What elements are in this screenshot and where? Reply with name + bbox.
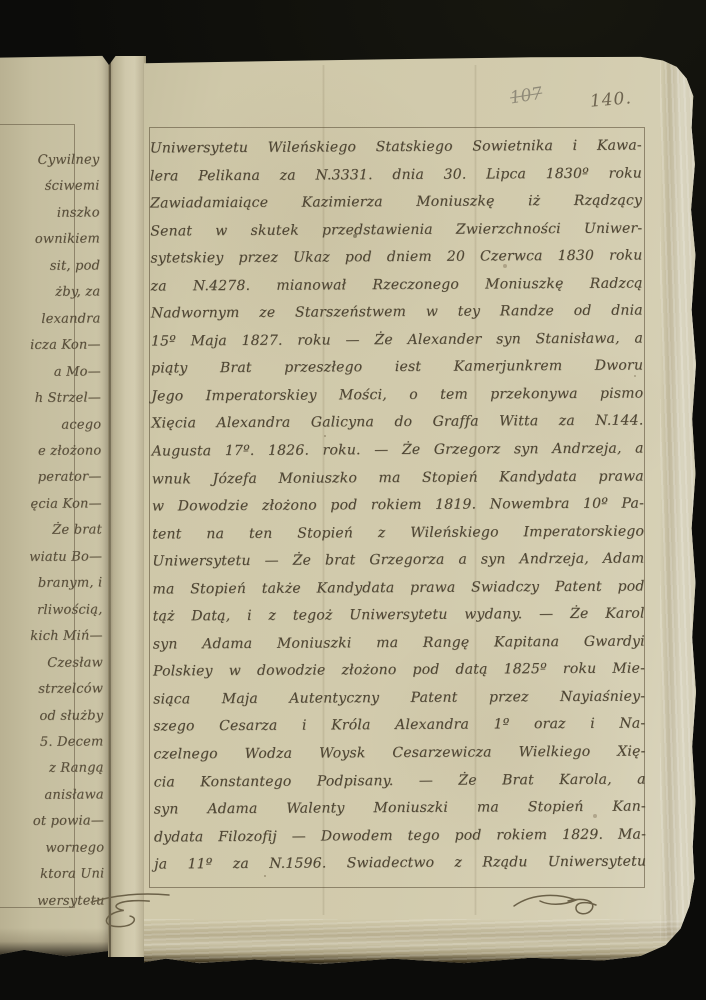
- left-page-line-fragment: sit, pod: [0, 253, 100, 281]
- left-page-line-fragment: żby, za: [0, 280, 100, 308]
- manuscript-line: sytetskiey przez Ukaz pod dniem 20 Czerw…: [150, 243, 642, 274]
- left-page-line-fragment: h Strzel—: [0, 385, 101, 413]
- manuscript-line: w Dowodzie złożono pod rokiem 1819. Nowe…: [152, 491, 644, 522]
- manuscript-line: Uniwersytetu — Że brat Grzegorza a syn A…: [152, 546, 644, 577]
- left-page-line-fragment: Czesław: [0, 650, 103, 678]
- manuscript-line: szego Cesarza i Króla Alexandra 1º oraz …: [153, 711, 645, 742]
- manuscript-line: cia Konstantego Podpisany. — Że Brat Kar…: [154, 766, 646, 797]
- left-page-text-fragments: Cywilneyściwemiinszkoownikiemsit, podżby…: [0, 147, 105, 915]
- left-page-line-fragment: anisława: [0, 782, 104, 810]
- page-number-ink: 140.: [589, 88, 632, 112]
- page-fore-edge: [660, 55, 696, 965]
- manuscript-line: Xięcia Alexandra Galicyna do Graffa Witt…: [151, 408, 643, 439]
- manuscript-line: piąty Brat przeszłego iest Kamerjunkrem …: [151, 353, 643, 384]
- left-page-line-fragment: z Rangą: [0, 756, 104, 784]
- manuscript-line: Augusta 17º. 1826. roku. — Że Grzegorz s…: [152, 436, 644, 467]
- manuscript-line: tent na ten Stopień z Wileńskiego Impera…: [152, 518, 644, 549]
- left-page-line-fragment: 5. Decem: [0, 729, 104, 757]
- left-page-line-fragment: icza Kon—: [0, 333, 101, 361]
- manuscript-line: za N.4278. mianował Rzeczonego Moniuszkę…: [151, 270, 643, 301]
- left-page-line-fragment: lexandra: [0, 306, 101, 334]
- left-page-line-fragment: ściwemi: [0, 174, 100, 202]
- manuscript-line: Senat w skutek przedstawienia Zwierzchno…: [150, 215, 642, 246]
- left-page-line-fragment: kich Miń—: [0, 624, 103, 652]
- manuscript-line: Zawiadamiaiące Kazimierza Moniuszkę iż R…: [150, 188, 642, 219]
- left-page-line-fragment: branym, i: [0, 571, 102, 599]
- left-page-line-fragment: ownikiem: [0, 227, 100, 255]
- manuscript-text-block: Uniwersytetu Wileńskiego Statskiego Sowi…: [150, 133, 647, 880]
- manuscript-line: Polskiey w dowodzie złożono pod datą 182…: [153, 656, 645, 687]
- left-page-line-fragment: wiatu Bo—: [0, 544, 102, 572]
- manuscript-line: ja 11º za N.1596. Swiadectwo z Rządu Uni…: [154, 849, 646, 880]
- left-page-line-fragment: wornego: [0, 835, 104, 863]
- left-page-line-fragment: perator—: [0, 465, 102, 493]
- manuscript-line: lera Pelikana za N.3331. dnia 30. Lipca …: [150, 160, 642, 191]
- left-page-line-fragment: rliwością,: [0, 597, 103, 625]
- left-page-line-fragment: Że brat: [0, 518, 102, 546]
- manuscript-line: tąż Datą, i z tegoż Uniwersytetu wydany.…: [153, 601, 645, 632]
- left-page-line-fragment: strzelców: [0, 676, 103, 704]
- left-page-sliver: Cywilneyściwemiinszkoownikiemsit, podżby…: [0, 54, 110, 958]
- manuscript-line: Jego Imperatorskiey Mości, o tem przekon…: [151, 380, 643, 411]
- left-page-line-fragment: Cywilney: [0, 147, 100, 175]
- left-page-line-fragment: inszko: [0, 200, 100, 228]
- page-number-pencil-crossed: 107: [509, 84, 544, 109]
- manuscript-line: dydata Filozofij — Dowodem tego pod roki…: [154, 821, 646, 852]
- left-page-line-fragment: acego: [0, 412, 101, 440]
- gutter-top-notch: [101, 54, 117, 65]
- manuscript-line: 15º Maja 1827. roku — Że Alexander syn S…: [151, 325, 643, 356]
- manuscript-line: syn Adama Walenty Moniuszki ma Stopień K…: [154, 794, 646, 825]
- paraph-flourish-icon: [85, 888, 179, 943]
- page-tail-edge: [144, 919, 696, 965]
- manuscript-line: syn Adama Moniuszki ma Rangę Kapitana Gw…: [153, 628, 645, 659]
- left-page-line-fragment: ktora Uni: [0, 862, 104, 890]
- binding-gutter: [108, 56, 146, 957]
- manuscript-line: siąca Maja Autentyczny Patent przez Nayi…: [153, 683, 645, 714]
- manuscript-line: Uniwersytetu Wileńskiego Statskiego Sowi…: [150, 133, 642, 164]
- left-page-line-fragment: ot powia—: [0, 809, 104, 837]
- manuscript-line: czelnego Wodza Woysk Cesarzewicza Wielki…: [153, 739, 645, 770]
- left-page-line-fragment: ęcia Kon—: [0, 491, 102, 519]
- manuscript-scan: Cywilneyściwemiinszkoownikiemsit, podżby…: [0, 0, 706, 1000]
- right-page: 107 140. Uniwersytetu Wileńskiego Statsk…: [144, 55, 696, 965]
- paraph-flourish-icon: [510, 888, 606, 926]
- left-page-line-fragment: od służby: [0, 703, 103, 731]
- manuscript-line: wnuk Józefa Moniuszko ma Stopień Kandyda…: [152, 463, 644, 494]
- manuscript-line: Nadwornym ze Starszeństwem w tey Randze …: [151, 298, 643, 329]
- manuscript-line: ma Stopień także Kandydata prawa Swiadcz…: [152, 573, 644, 604]
- left-page-line-fragment: a Mo—: [0, 359, 101, 387]
- left-page-line-fragment: e złożono: [0, 438, 102, 466]
